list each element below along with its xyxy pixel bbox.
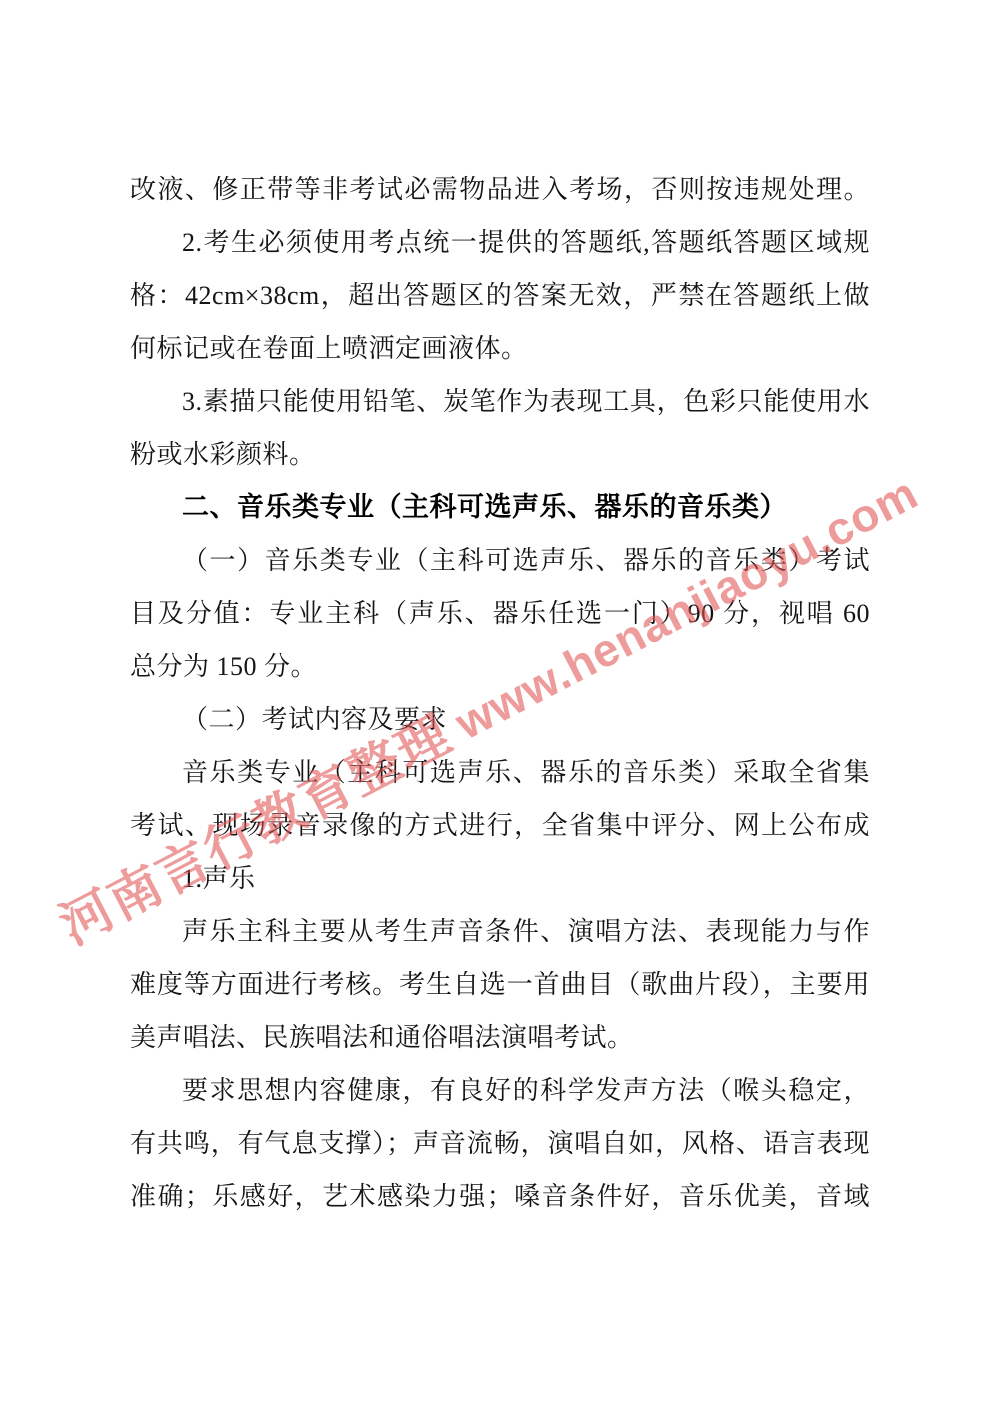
text-line: 有共鸣，有气息支撑）；声音流畅，演唱自如，风格、语言表现 — [130, 1117, 870, 1170]
text-line: 粉或水彩颜料。 — [130, 428, 870, 481]
text-line: （一）音乐类专业（主科可选声乐、器乐的音乐类）考试科 — [130, 534, 870, 587]
subsection-heading: （二）考试内容及要求 — [130, 693, 870, 746]
text-line: 格：42cm×38cm，超出答题区的答案无效，严禁在答题纸上做任 — [130, 269, 870, 322]
text-line: 改液、修正带等非考试必需物品进入考场，否则按违规处理。 — [130, 163, 870, 216]
list-item-heading: 1.声乐 — [130, 852, 870, 905]
text-line: 目及分值：专业主科（声乐、器乐任选一门）90 分，视唱 60 分， — [130, 587, 870, 640]
text-line: 声乐主科主要从考生声音条件、演唱方法、表现能力与作品 — [130, 905, 870, 958]
text-line: 准确；乐感好，艺术感染力强；嗓音条件好，音乐优美，音域宽， — [130, 1170, 870, 1223]
text-line: 音乐类专业（主科可选声乐、器乐的音乐类）采取全省集中 — [130, 746, 870, 799]
text-line: 3.素描只能使用铅笔、炭笔作为表现工具，色彩只能使用水 — [130, 375, 870, 428]
text-line: 何标记或在卷面上喷洒定画液体。 — [130, 322, 870, 375]
text-line: 2.考生必须使用考点统一提供的答题纸,答题纸答题区域规 — [130, 216, 870, 269]
text-line: 要求思想内容健康，有良好的科学发声方法（喉头稳定，富 — [130, 1064, 870, 1117]
section-heading: 二、音乐类专业（主科可选声乐、器乐的音乐类） — [130, 481, 870, 534]
text-line: 考试、现场录音录像的方式进行，全省集中评分、网上公布成绩。 — [130, 799, 870, 852]
document-page: 改液、修正带等非考试必需物品进入考场，否则按违规处理。 2.考生必须使用考点统一… — [0, 0, 1000, 1414]
text-line: 总分为 150 分。 — [130, 640, 870, 693]
document-body: 改液、修正带等非考试必需物品进入考场，否则按违规处理。 2.考生必须使用考点统一… — [130, 163, 870, 1223]
text-line: 美声唱法、民族唱法和通俗唱法演唱考试。 — [130, 1011, 870, 1064]
text-line: 难度等方面进行考核。考生自选一首曲目（歌曲片段），主要用 — [130, 958, 870, 1011]
